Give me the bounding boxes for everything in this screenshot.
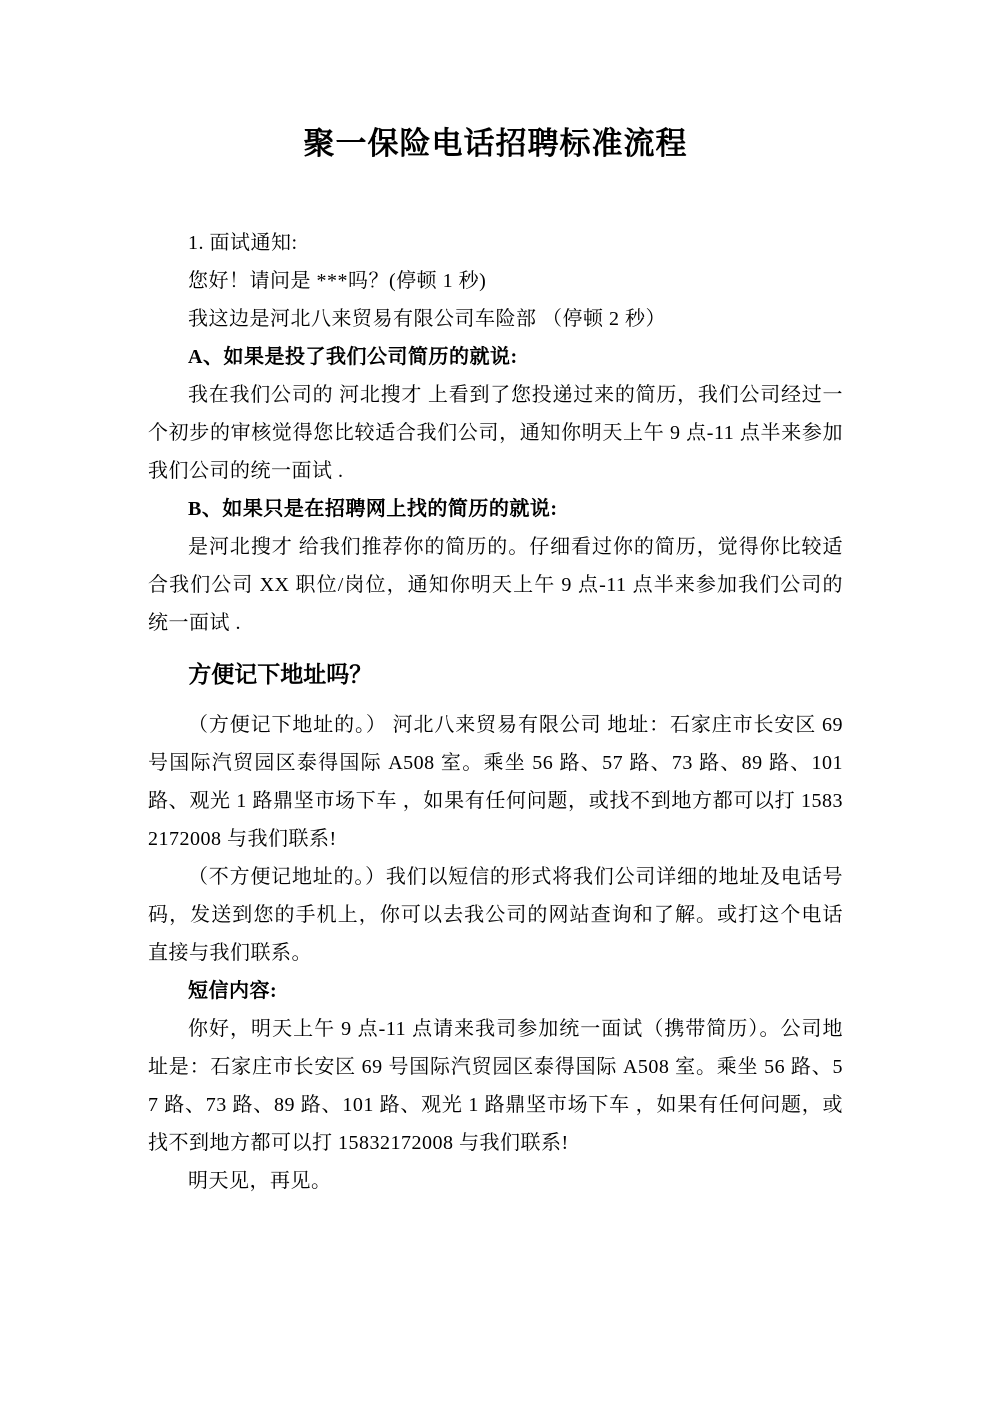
- paragraph-company-intro: 我这边是河北八来贸易有限公司车险部 （停顿 2 秒）: [148, 300, 843, 338]
- document-title: 聚一保险电话招聘标准流程: [148, 118, 843, 170]
- paragraph-case-a-heading: A、如果是投了我们公司简历的就说:: [148, 338, 843, 376]
- paragraph-greeting: 您好！请问是 ***吗？(停顿 1 秒): [148, 262, 843, 300]
- paragraph-address-convenient: （方便记下地址的。） 河北八来贸易有限公司 地址：石家庄市长安区 69 号国际汽…: [148, 706, 843, 858]
- paragraph-goodbye: 明天见，再见。: [148, 1162, 843, 1200]
- paragraph-address-question-heading: 方便记下地址吗？: [148, 656, 843, 694]
- paragraph-case-a-script: 我在我们公司的 河北搜才 上看到了您投递过来的简历，我们公司经过一个初步的审核觉…: [148, 376, 843, 490]
- paragraph-sms-content-body: 你好，明天上午 9 点-11 点请来我司参加统一面试（携带简历）。公司地址是：石…: [148, 1010, 843, 1162]
- document-page: 聚一保险电话招聘标准流程 1. 面试通知: 您好！请问是 ***吗？(停顿 1 …: [0, 0, 993, 1404]
- paragraph-case-b-heading: B、如果只是在招聘网上找的简历的就说:: [148, 490, 843, 528]
- paragraph-sms-content-heading: 短信内容:: [148, 972, 843, 1010]
- paragraph-case-b-script: 是河北搜才 给我们推荐你的简历的。仔细看过你的简历，觉得你比较适合我们公司 XX…: [148, 528, 843, 642]
- paragraph-interview-notice-label: 1. 面试通知:: [148, 224, 843, 262]
- paragraph-address-inconvenient: （不方便记地址的。）我们以短信的形式将我们公司详细的地址及电话号码，发送到您的手…: [148, 858, 843, 972]
